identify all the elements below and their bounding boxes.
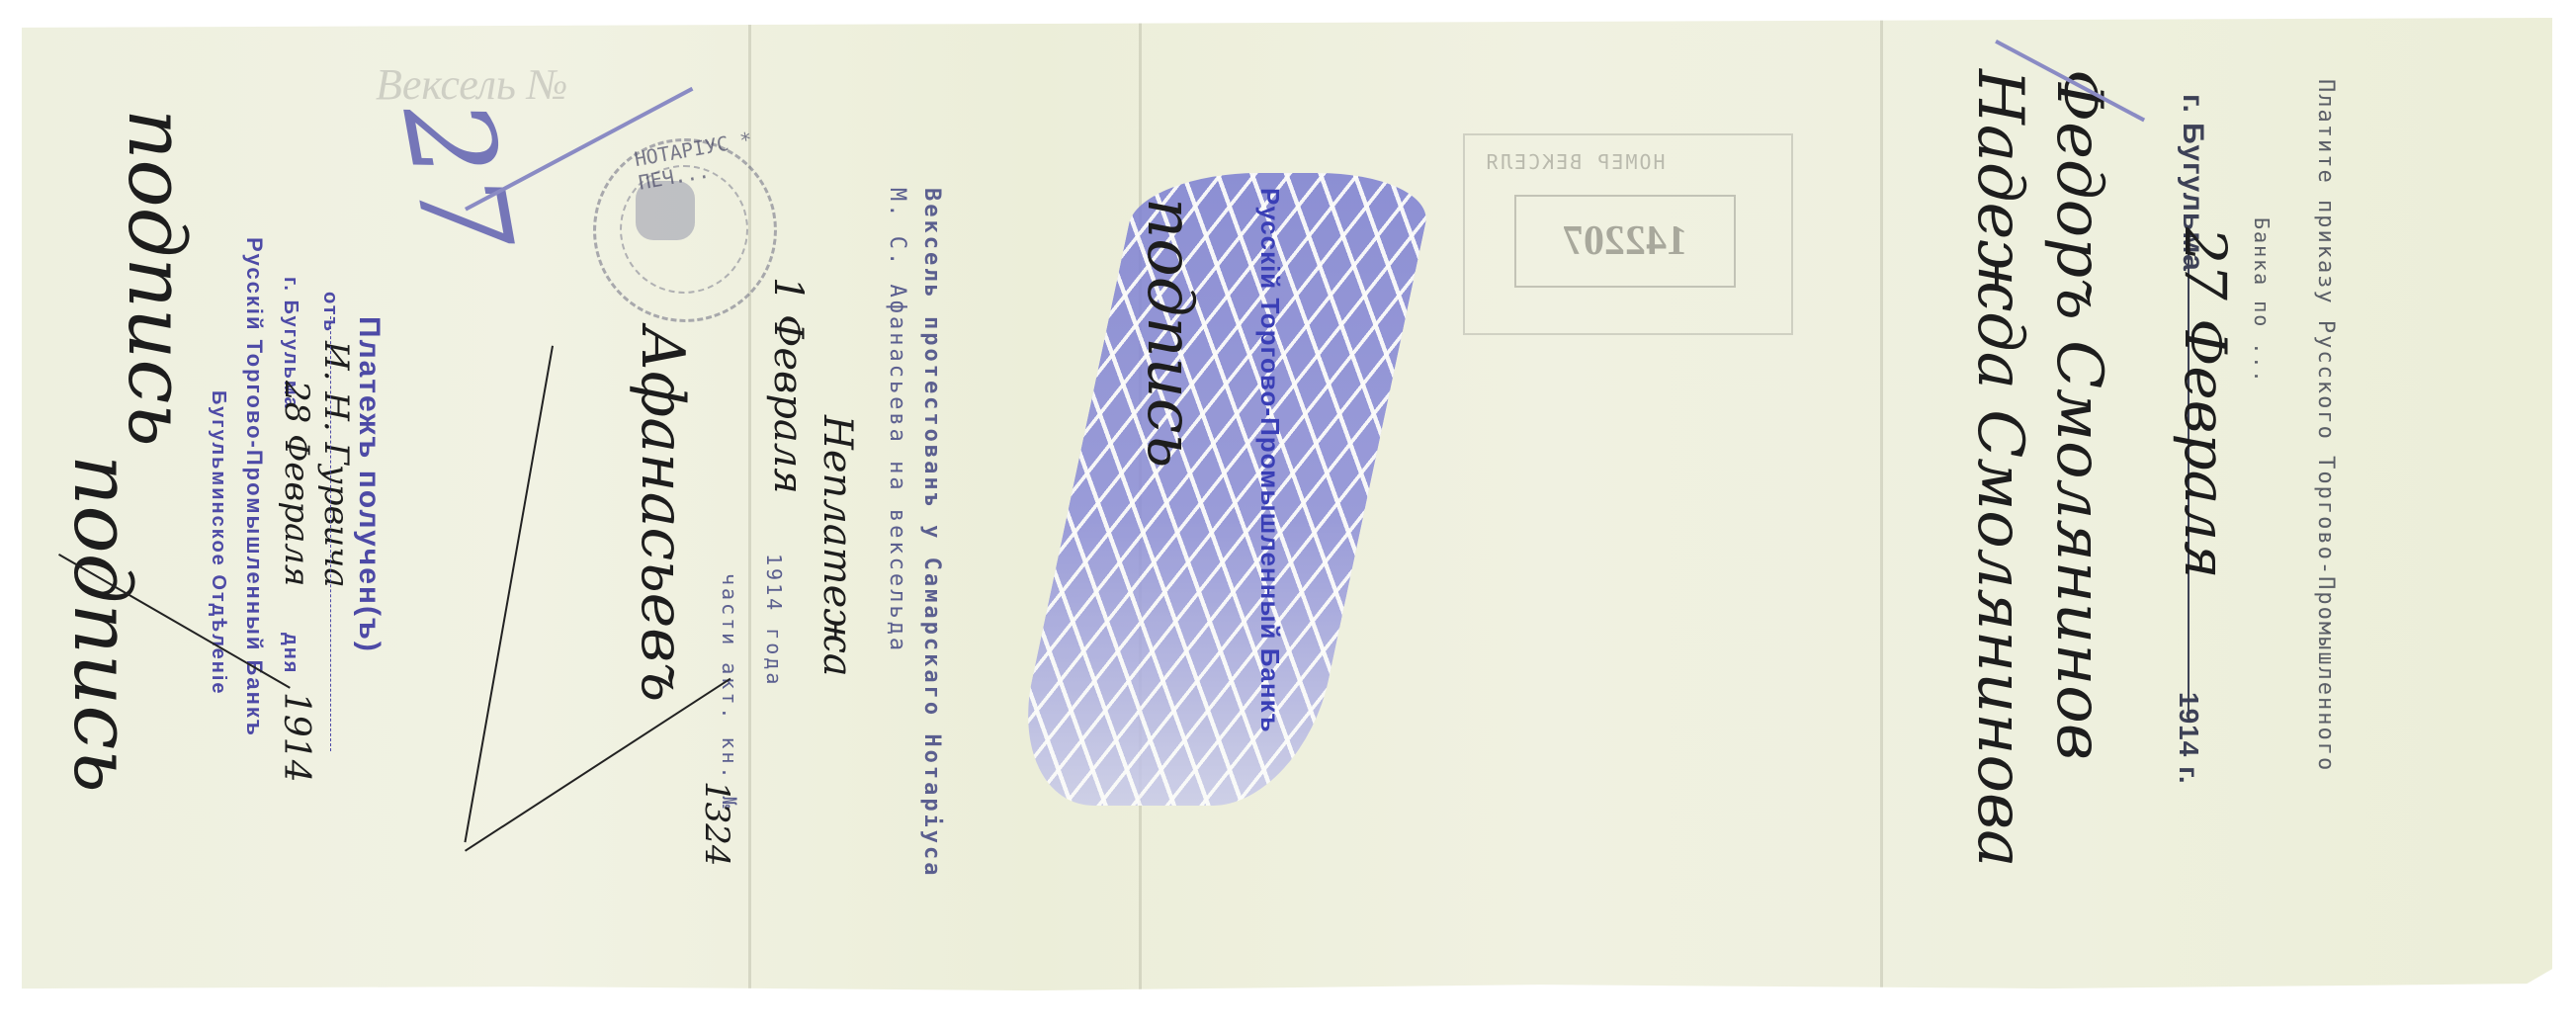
- payment-day-label: дня: [279, 633, 301, 674]
- notary-registry-number: 1324: [697, 781, 736, 867]
- payment-stamp-title: Платежъ получен(ъ): [352, 316, 386, 653]
- bank-stamp-signature: подпись: [1133, 198, 1206, 468]
- payment-from-value: И. Н. Гурвича: [316, 341, 356, 588]
- ghost-serial-header: НОМЕР ВЕКСЕЛЯ: [1485, 150, 1666, 174]
- payment-date-value: 28 Февраля: [277, 381, 316, 586]
- bank-stamp-text: Русскій Торгово-Промышленный Банкъ: [1254, 188, 1285, 733]
- endorsement-date-handwritten: 27 Февраля: [2172, 227, 2239, 579]
- endorsement-printed-line-2: Банка по ...: [2250, 217, 2274, 385]
- endorsement-handwritten-line-1: Федоръ Смолянинов: [2042, 69, 2115, 760]
- notary-signature: Афанасьевъ: [628, 326, 697, 702]
- notary-registry-label: части акт. кн. №: [718, 573, 741, 812]
- notary-seal: НОТАРІУС * ПЕЧ...: [593, 138, 777, 322]
- ghost-serial-frame: НОМЕР ВЕКСЕЛЯ 142207: [1463, 133, 1793, 335]
- endorsement-printed-line-1: Платите приказу Русского Торгово-Промышл…: [2313, 79, 2338, 772]
- endorsement-year: 1914 г.: [2173, 692, 2204, 785]
- payment-signature-2: подпись: [56, 455, 148, 793]
- payment-year: 1914: [276, 692, 316, 783]
- notary-year-label: 1914 года: [762, 554, 786, 687]
- payment-signature-1: подпись: [111, 109, 203, 447]
- payment-from-rule: [330, 316, 331, 751]
- notary-stamp-line-2: М. С. Афанасьева на вексельда: [885, 188, 909, 653]
- notary-stamp-line-1: Вексель протестованъ у Самарскаго Нотарі…: [919, 188, 944, 879]
- notary-handwritten-date: 1 Февраля: [765, 277, 811, 494]
- fold-line: [1880, 18, 1883, 998]
- notary-handwritten-reason: Неплатежа: [815, 415, 860, 677]
- ghost-serial-number: 142207: [1514, 195, 1736, 288]
- endorsement-handwritten-line-2: Надежда Смолянинова: [1963, 69, 2036, 867]
- pencil-number: 27: [376, 91, 537, 264]
